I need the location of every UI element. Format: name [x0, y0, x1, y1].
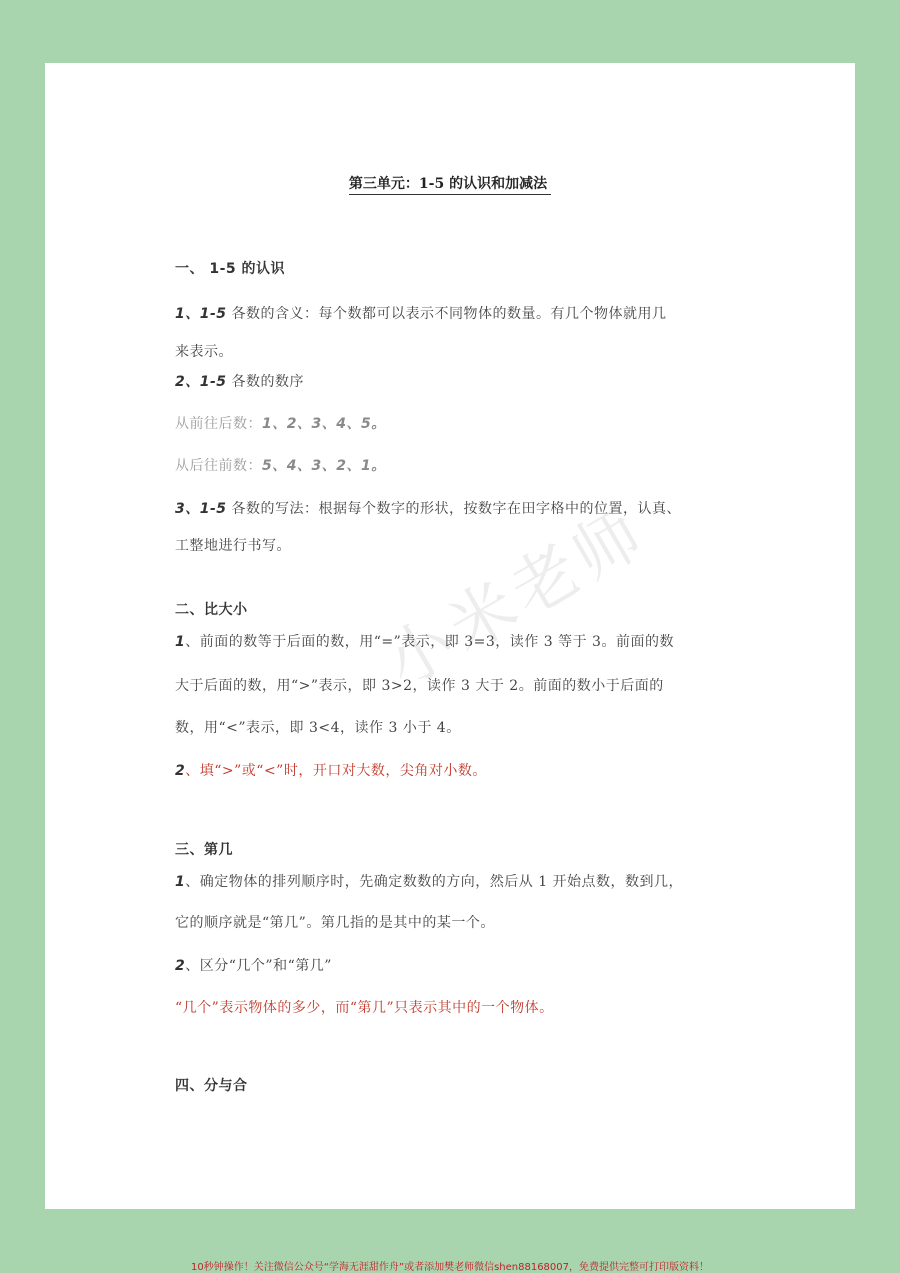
section-heading-3: 三、第几: [175, 839, 735, 859]
section-heading-4: 四、分与合: [175, 1075, 735, 1095]
s3-item2-note: “几个”表示物体的多少，而“第几”只表示其中的一个物体。: [175, 997, 735, 1017]
s1-item3-line1: 3、1-5 各数的写法：根据每个数字的形状，按数字在田字格中的位置，认真、: [175, 498, 735, 518]
section-heading-1: 一、 1-5 的认识: [175, 258, 735, 278]
section-heading-2: 二、比大小: [175, 599, 735, 619]
footer-promo-text: 10秒钟操作！关注微信公众号“学海无涯甜作舟”或者添加樊老师微信shen8816…: [0, 1258, 900, 1273]
s2-item1-line3: 数，用“<”表示，即 3<4，读作 3 小于 4。: [175, 717, 735, 737]
s3-item1-line1: 1、确定物体的排列顺序时，先确定数数的方向，然后从 1 开始点数，数到几，: [175, 871, 735, 891]
s2-item1-line2: 大于后面的数，用“>”表示，即 3>2，读作 3 大于 2。前面的数小于后面的: [175, 675, 735, 695]
s1-forward-count: 从前往后数：1、2、3、4、5。: [175, 413, 735, 433]
s1-item2: 2、1-5 各数的数序: [175, 371, 735, 391]
s3-item2: 2、区分“几个”和“第几”: [175, 955, 735, 975]
s1-item1-line1: 1、1-5 各数的含义：每个数都可以表示不同物体的数量。有几个物体就用几: [175, 303, 735, 323]
page-title: 第三单元：1-5 的认识和加减法: [45, 173, 855, 193]
document-page: 小米老师 第三单元：1-5 的认识和加减法 一、 1-5 的认识 1、1-5 各…: [45, 63, 855, 1209]
s3-item1-line2: 它的顺序就是“第几”。第几指的是其中的某一个。: [175, 912, 735, 932]
s1-item1-line2: 来表示。: [175, 341, 735, 361]
s1-item3-line2: 工整地进行书写。: [175, 535, 735, 555]
s2-item2: 2、填“>”或“<”时，开口对大数，尖角对小数。: [175, 760, 735, 780]
s2-item1-line1: 1、前面的数等于后面的数，用“=”表示，即 3=3，读作 3 等于 3。前面的数: [175, 631, 735, 651]
s1-backward-count: 从后往前数：5、4、3、2、1。: [175, 455, 735, 475]
